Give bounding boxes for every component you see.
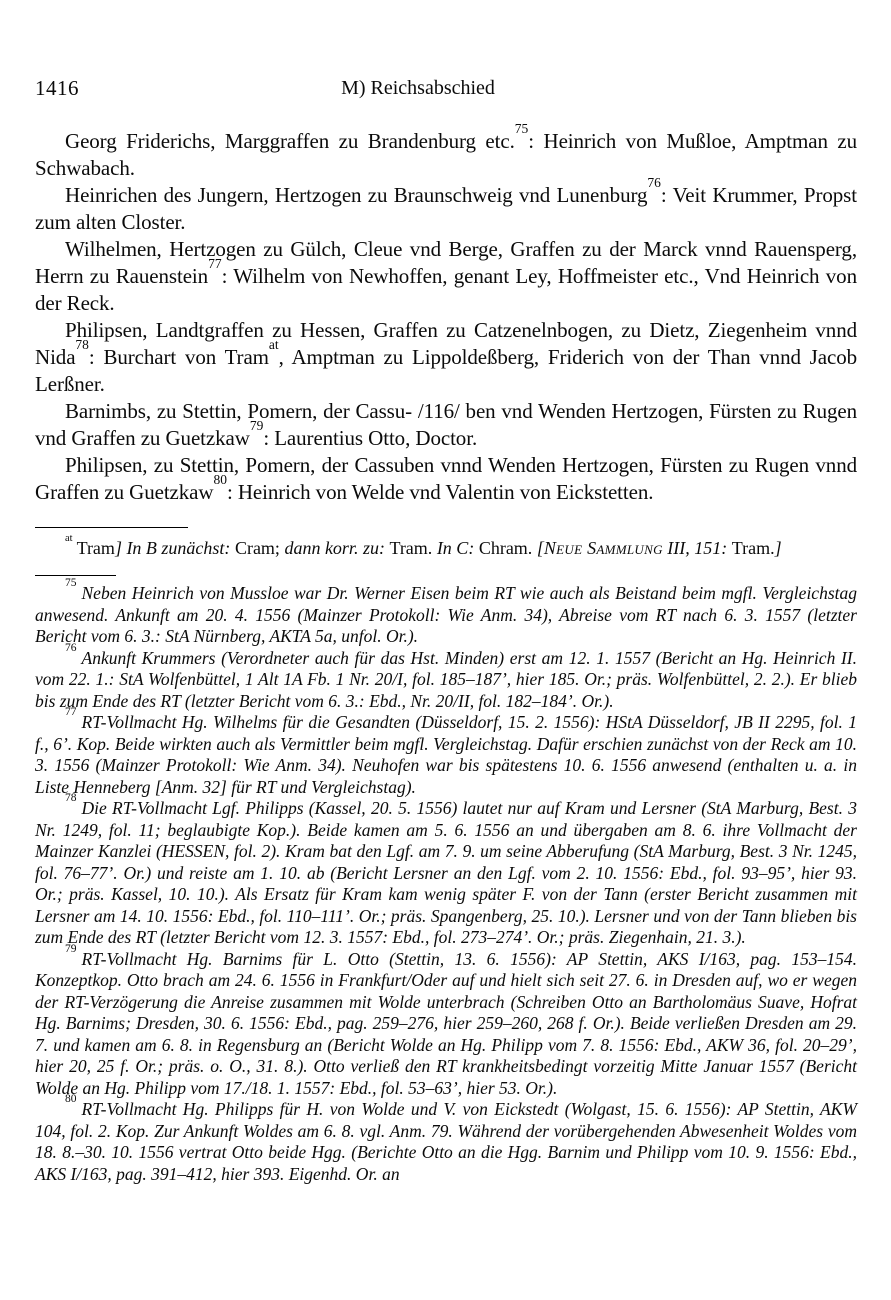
apparatus-segment: [ <box>537 538 544 558</box>
footnote: 76Ankunft Krummers (Verordneter auch für… <box>35 648 857 713</box>
apparatus-segment: Tram. <box>732 538 775 558</box>
footnote: 78Die RT-Vollmacht Lgf. Philipps (Kassel… <box>35 798 857 949</box>
page-head: 1416 M) Reichsabschied <box>35 76 857 103</box>
apparatus-segment: In C: <box>437 538 479 558</box>
footnote-reference: 79 <box>250 418 264 433</box>
footnote-text: RT-Vollmacht Hg. Wilhelms für die Gesand… <box>35 712 857 797</box>
apparatus-segment: Cram; <box>235 538 285 558</box>
apparatus-segment: dann korr. zu: <box>284 538 389 558</box>
footnote-text: RT-Vollmacht Hg. Philipps für H. von Wol… <box>35 1099 857 1184</box>
apparatus-entry-letter: at <box>65 533 73 544</box>
footnote-text: Ankunft Krummers (Verordneter auch für d… <box>35 648 857 711</box>
body-paragraph: Philipsen, Landtgraffen zu Hessen, Graff… <box>35 317 857 398</box>
footnote: 79RT-Vollmacht Hg. Barnims für L. Otto (… <box>35 949 857 1100</box>
apparatus-segment-citation: Neue Sammlung <box>544 538 663 558</box>
critical-apparatus: atTram] In B zunächst: Cram; dann korr. … <box>35 527 857 560</box>
footnote-reference: 78 <box>75 337 89 352</box>
apparatus-segment: III, 151: <box>663 538 732 558</box>
footnote-text: RT-Vollmacht Hg. Barnims für L. Otto (St… <box>35 949 857 1098</box>
footnote-number: 77 <box>65 706 77 718</box>
paragraph-text: : Burchart von Tram <box>89 345 269 369</box>
apparatus-reference: at <box>269 337 279 352</box>
paragraph-text: Heinrichen des Jungern, Hertzogen zu Bra… <box>65 183 647 207</box>
footnote-number: 80 <box>65 1093 77 1105</box>
footnote-reference: 76 <box>647 175 661 190</box>
apparatus-segment: ] <box>775 538 782 558</box>
body-paragraph: Barnimbs, zu Stettin, Pomern, der Cassu-… <box>35 398 857 452</box>
footnote: 75Neben Heinrich von Mussloe war Dr. Wer… <box>35 583 857 648</box>
footnote: 77RT-Vollmacht Hg. Wilhelms für die Gesa… <box>35 712 857 798</box>
running-header: M) Reichsabschied <box>35 77 857 100</box>
body-paragraph: Georg Friderichs, Marggraffen zu Branden… <box>35 128 857 182</box>
footnote-number: 79 <box>65 943 77 955</box>
footnote-text: Neben Heinrich von Mussloe war Dr. Werne… <box>35 583 857 646</box>
apparatus-entry: atTram] In B zunächst: Cram; dann korr. … <box>35 537 857 560</box>
paragraph-text: : Heinrich von Welde vnd Valentin von Ei… <box>227 480 653 504</box>
apparatus-separator-rule <box>35 527 188 528</box>
book-page-scan: 1416 M) Reichsabschied Georg Friderichs,… <box>0 0 891 1300</box>
footnote-number: 75 <box>65 577 77 589</box>
apparatus-segment: Tram <box>77 538 115 558</box>
apparatus-segment: Tram. <box>389 538 436 558</box>
body-paragraph: Wilhelmen, Hertzogen zu Gülch, Cleue vnd… <box>35 236 857 317</box>
main-text: Georg Friderichs, Marggraffen zu Branden… <box>35 128 857 506</box>
paragraph-text: : Laurentius Otto, Doctor. <box>263 426 477 450</box>
footnotes-section: 75Neben Heinrich von Mussloe war Dr. Wer… <box>35 575 857 1185</box>
paragraph-text: Georg Friderichs, Marggraffen zu Branden… <box>65 129 515 153</box>
footnote: 80RT-Vollmacht Hg. Philipps für H. von W… <box>35 1099 857 1185</box>
footnote-number: 76 <box>65 642 77 654</box>
footnote-separator-rule <box>35 575 116 576</box>
footnote-number: 78 <box>65 792 77 804</box>
body-paragraph: Philipsen, zu Stettin, Pomern, der Cassu… <box>35 452 857 506</box>
footnote-text: Die RT-Vollmacht Lgf. Philipps (Kassel, … <box>35 798 857 947</box>
footnote-reference: 75 <box>515 121 529 136</box>
apparatus-segment: ] In B zunächst: <box>115 538 235 558</box>
footnote-reference: 80 <box>213 472 227 487</box>
footnote-reference: 77 <box>208 256 222 271</box>
body-paragraph: Heinrichen des Jungern, Hertzogen zu Bra… <box>35 182 857 236</box>
apparatus-segment: Chram. <box>479 538 537 558</box>
